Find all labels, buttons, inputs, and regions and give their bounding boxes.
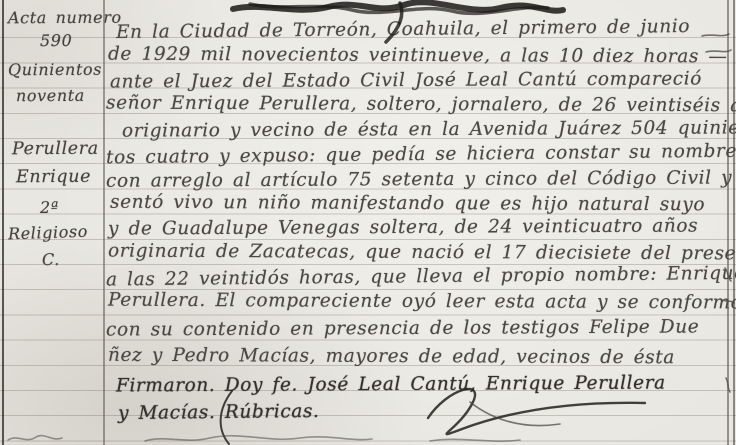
handwritten-line: Perullera. El compareciente oyó leer est… bbox=[108, 290, 736, 314]
handwritten-line: Firmaron. Doy fe. José Leal Cantú, Enriq… bbox=[116, 373, 666, 397]
scanned-registry-page: Acta numero 590 Quinientos noventa Perul… bbox=[0, 0, 736, 445]
margin-annotation-ordinal: 2ª bbox=[40, 198, 59, 217]
handwritten-line: con su contenido en presencia de los tes… bbox=[106, 316, 699, 340]
margin-rule-line bbox=[103, 0, 105, 445]
margin-annotation-word: Religioso bbox=[8, 222, 89, 244]
right-edge-line bbox=[733, 0, 735, 445]
acta-number-label: Acta numero bbox=[8, 8, 122, 28]
acta-number-words-2: noventa bbox=[16, 86, 85, 105]
handwritten-line: y de Guadalupe Venegas soltera, de 24 ve… bbox=[108, 215, 698, 239]
handwritten-line: señor Enrique Perullera, soltero, jornal… bbox=[106, 93, 736, 117]
acta-number-words-1: Quinientos bbox=[8, 60, 102, 79]
handwritten-line: y Macías. Rúbricas. bbox=[118, 401, 320, 424]
handwritten-line: con arreglo al artículo 75 setenta y cin… bbox=[106, 167, 736, 192]
handwritten-line: originaria de Zacatecas, que nació el 17… bbox=[108, 241, 736, 265]
acta-number-value: 590 bbox=[40, 31, 72, 50]
margin-annotation-flourish: C. bbox=[42, 250, 60, 269]
margin-given-name: Enrique bbox=[16, 167, 91, 187]
handwritten-line: ante el Juez del Estado Civil José Leal … bbox=[110, 68, 702, 92]
handwritten-line: ñez y Pedro Macías, mayores de edad, vec… bbox=[108, 345, 675, 368]
handwritten-line: sentó vivo un niño manifestando que es h… bbox=[110, 192, 705, 216]
left-binding-edge-line bbox=[2, 0, 4, 445]
handwritten-line: originario y vecino de ésta en la Avenid… bbox=[122, 117, 736, 141]
margin-surname: Perullera bbox=[12, 139, 99, 159]
handwritten-line: de 1929 mil novecientos veintinueve, a l… bbox=[108, 44, 728, 68]
